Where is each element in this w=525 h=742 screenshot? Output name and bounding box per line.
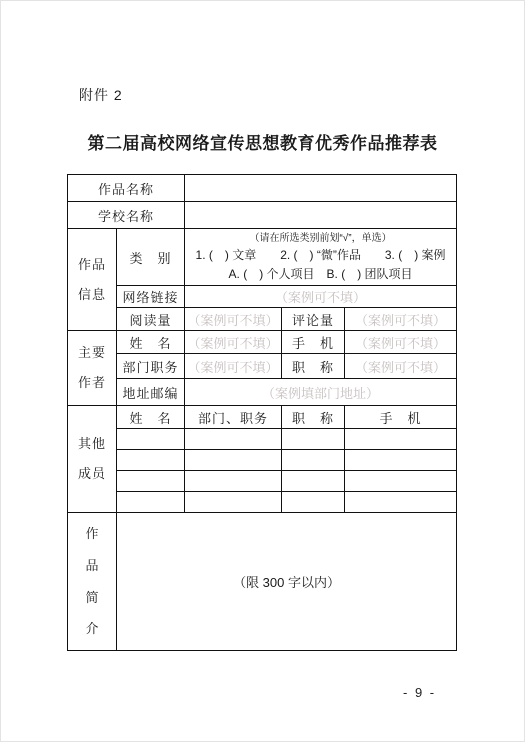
member-row bbox=[68, 429, 457, 450]
author-address-label: 地址邮编 bbox=[117, 379, 185, 406]
summary-group-char: 作 bbox=[70, 518, 114, 550]
members-header-row: 其他 成员 姓 名 部门、职务 职 称 手 机 bbox=[68, 406, 457, 429]
category-label: 类 别 bbox=[117, 229, 185, 286]
author-title-value: （案例可不填） bbox=[345, 354, 457, 379]
summary-group-char: 品 bbox=[70, 550, 114, 582]
metrics-row: 阅读量 （案例可不填） 评论量 （案例可不填） bbox=[68, 308, 457, 331]
member-mobile-cell bbox=[345, 429, 457, 450]
category-options-cell: （请在所选类别前划“√”，单选） 1. ( ) 文章 2. ( ) “微”作品 … bbox=[185, 229, 457, 286]
member-title-cell bbox=[282, 471, 345, 492]
member-title-cell bbox=[282, 492, 345, 513]
author-mobile-label: 手 机 bbox=[282, 331, 345, 354]
category-note: （请在所选类别前划“√”，单选） bbox=[187, 231, 454, 246]
summary-group-char: 简 bbox=[70, 582, 114, 614]
category-row: 作品 信息 类 别 （请在所选类别前划“√”，单选） 1. ( ) 文章 2. … bbox=[68, 229, 457, 286]
author-name-row: 主要 作者 姓 名 （案例可不填） 手 机 （案例可不填） bbox=[68, 331, 457, 354]
work-info-group-label: 作品 信息 bbox=[68, 229, 117, 331]
author-dept-label: 部门职务 bbox=[117, 354, 185, 379]
member-name-cell bbox=[117, 492, 185, 513]
summary-content-cell: （限 300 字以内） bbox=[117, 513, 457, 651]
reads-label: 阅读量 bbox=[117, 308, 185, 331]
author-name-value: （案例可不填） bbox=[185, 331, 282, 354]
members-header-dept: 部门、职务 bbox=[185, 406, 282, 429]
members-group-line: 其他 bbox=[70, 429, 114, 459]
author-mobile-value: （案例可不填） bbox=[345, 331, 457, 354]
author-address-row: 地址邮编 （案例填部门地址） bbox=[68, 379, 457, 406]
page-number: - 9 - bbox=[403, 685, 436, 700]
authors-group-label: 主要 作者 bbox=[68, 331, 117, 406]
work-name-row: 作品名称 bbox=[68, 175, 457, 202]
member-title-cell bbox=[282, 429, 345, 450]
member-mobile-cell bbox=[345, 492, 457, 513]
member-row bbox=[68, 471, 457, 492]
member-name-cell bbox=[117, 429, 185, 450]
document-page: 附件 2 第二届高校网络宣传思想教育优秀作品推荐表 作品名称 学校名称 作品 信… bbox=[0, 0, 525, 742]
authors-group-line: 主要 bbox=[70, 338, 114, 368]
author-name-label: 姓 名 bbox=[117, 331, 185, 354]
link-value: （案例可不填） bbox=[185, 286, 457, 308]
reads-value: （案例可不填） bbox=[185, 308, 282, 331]
author-dept-row: 部门职务 （案例可不填） 职 称 （案例可不填） bbox=[68, 354, 457, 379]
work-info-group-line: 信息 bbox=[70, 280, 114, 310]
member-name-cell bbox=[117, 471, 185, 492]
member-name-cell bbox=[117, 450, 185, 471]
author-title-label: 职 称 bbox=[282, 354, 345, 379]
school-name-label: 学校名称 bbox=[68, 202, 185, 229]
work-name-value bbox=[185, 175, 457, 202]
member-row bbox=[68, 450, 457, 471]
summary-group-label: 作 品 简 介 bbox=[68, 513, 117, 651]
summary-group-char: 介 bbox=[70, 613, 114, 645]
member-dept-cell bbox=[185, 471, 282, 492]
member-title-cell bbox=[282, 450, 345, 471]
summary-row: 作 品 简 介 （限 300 字以内） bbox=[68, 513, 457, 651]
school-name-row: 学校名称 bbox=[68, 202, 457, 229]
summary-note: （限 300 字以内） bbox=[233, 575, 340, 590]
school-name-value bbox=[185, 202, 457, 229]
attachment-label: 附件 2 bbox=[79, 85, 123, 105]
work-info-group-line: 作品 bbox=[70, 250, 114, 280]
category-options-line1: 1. ( ) 文章 2. ( ) “微”作品 3. ( ) 案例 bbox=[187, 246, 454, 265]
member-dept-cell bbox=[185, 492, 282, 513]
link-label: 网络链接 bbox=[117, 286, 185, 308]
authors-group-line: 作者 bbox=[70, 368, 114, 398]
comments-value: （案例可不填） bbox=[345, 308, 457, 331]
member-mobile-cell bbox=[345, 471, 457, 492]
members-header-title: 职 称 bbox=[282, 406, 345, 429]
member-row bbox=[68, 492, 457, 513]
work-name-label: 作品名称 bbox=[68, 175, 185, 202]
author-address-value: （案例填部门地址） bbox=[185, 379, 457, 406]
form-title: 第二届高校网络宣传思想教育优秀作品推荐表 bbox=[1, 129, 524, 154]
category-options-line2: A. ( ) 个人项目 B. ( ) 团队项目 bbox=[187, 265, 454, 284]
comments-label: 评论量 bbox=[282, 308, 345, 331]
member-dept-cell bbox=[185, 429, 282, 450]
members-header-mobile: 手 机 bbox=[345, 406, 457, 429]
member-mobile-cell bbox=[345, 450, 457, 471]
member-dept-cell bbox=[185, 450, 282, 471]
members-group-label: 其他 成员 bbox=[68, 406, 117, 513]
members-header-name: 姓 名 bbox=[117, 406, 185, 429]
recommendation-table: 作品名称 学校名称 作品 信息 类 别 （请在所选类别前划“√”，单选） 1. … bbox=[67, 174, 457, 651]
link-row: 网络链接 （案例可不填） bbox=[68, 286, 457, 308]
members-group-line: 成员 bbox=[70, 459, 114, 489]
author-dept-value: （案例可不填） bbox=[185, 354, 282, 379]
